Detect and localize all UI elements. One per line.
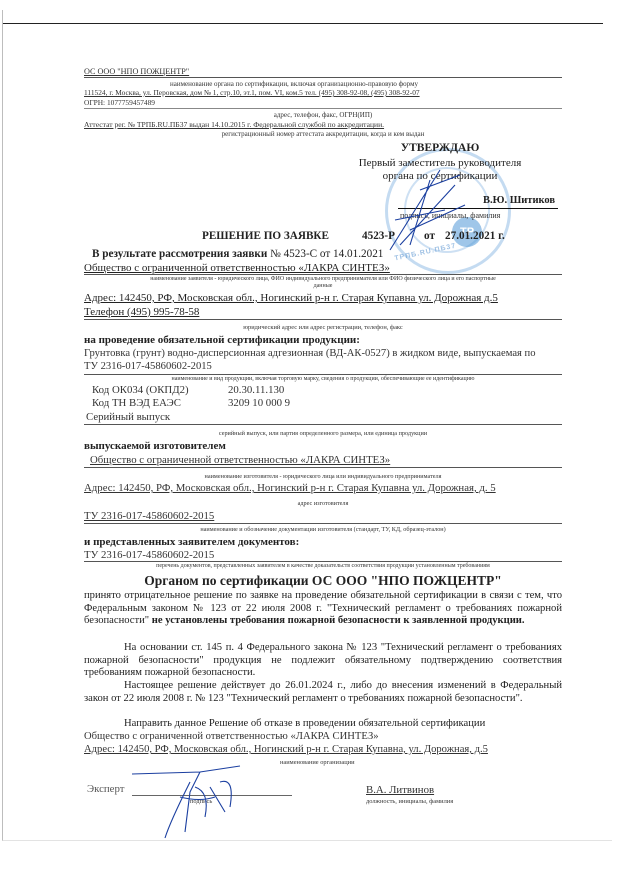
decision-date-prefix: от [424,230,435,242]
signatory-caption: подпись, инициалы, фамилия [400,211,500,220]
decision-title: РЕШЕНИЕ ПО ЗАЯВКЕ [202,230,329,242]
approval-position-2: органа по сертификации [330,170,550,182]
applicant-name: Общество с ограниченной ответственностью… [84,262,390,274]
product-description-1: Грунтовка (грунт) водно-дисперсионная ад… [84,348,536,359]
address-caption: адрес, телефон, факс, ОГРН(ИП) [84,111,562,119]
expert-name-caption: должность, инициалы, фамилия [366,798,453,805]
applicant-docs-heading: и представленных заявителем документов: [84,536,299,548]
applicant-address-caption: юридический адрес или адрес регистрации,… [84,324,562,331]
manufacturer-caption: наименование изготовителя - юридического… [84,473,562,480]
manufacturer-docs: ТУ 2316-017-45860602-2015 [84,510,214,522]
cert-body-ogrn: ОГРН: 1077759457489 [84,98,155,107]
approval-signatory: В.Ю. Шитиков [483,195,555,206]
application-intro-text: В результате рассмотрения заявки [92,248,267,260]
divider [84,319,562,320]
applicant-phone: Телефон (495) 995-78-58 [84,306,199,318]
code-tnved-value: 3209 10 000 9 [228,397,290,409]
decision-paragraph-4: Направить данное Решение об отказе в про… [84,718,562,731]
attestat-caption: регистрационный номер аттестата аккредит… [84,130,562,138]
product-caption: наименование и вид продукции, включая то… [84,376,562,382]
recipient-address: Адрес: 142450, РФ, Московская обл., Ноги… [84,744,488,755]
applicant-docs: ТУ 2316-017-45860602-2015 [84,549,214,561]
expert-name: В.А. Литвинов [366,784,434,796]
decision-paragraph-2: На основании ст. 145 п. 4 Федерального з… [84,642,562,680]
expert-label: Эксперт [87,783,124,795]
approval-position-1: Первый заместитель руководителя [330,157,550,169]
code-okpd2-label: Код ОК034 (ОКПД2) [92,384,189,396]
cert-body-address: 111524, г. Москва, ул. Перовская, дом № … [84,88,420,97]
approval-title: УТВЕРЖДАЮ [340,142,540,154]
application-number: № 4523-С от 14.01.2021 [270,248,383,260]
applicant-caption-2: данные [84,283,562,289]
attestat-info: Аттестат рег. № ТРПБ.RU.ПБ37 выдан 14.10… [84,120,384,129]
decision-paragraph-1-bold: не установлены требования пожарной безоп… [149,615,524,626]
applicant-address: Адрес: 142450, РФ, Московская обл., Ноги… [84,292,498,304]
divider [84,374,562,375]
signature-line [398,208,558,209]
divider [84,77,562,78]
decision-date: 27.01.2021 г. [445,230,505,242]
product-heading: на проведение обязательной сертификации … [84,334,360,346]
divider [84,523,562,524]
expert-signature-caption: подпись [190,798,212,805]
application-intro: В результате рассмотрения заявки № 4523-… [92,248,383,260]
decision-paragraph-3: Настоящее решение действует до 26.01.202… [84,680,562,705]
divider [84,108,562,109]
product-description-2: ТУ 2316-017-45860602-2015 [84,361,212,372]
org-heading: Органом по сертификации ОС ООО "НПО ПОЖЦ… [84,573,562,589]
recipient-caption: наименование организации [280,759,355,766]
recipient-name: Общество с ограниченной ответственностью… [84,731,379,742]
decision-paragraph-1: принято отрицательное решение по заявке … [84,590,562,628]
divider [84,561,562,562]
release-type: Серийный выпуск [86,411,170,423]
manufacturer-address: Адрес: 142450, РФ, Московская обл., Ноги… [84,482,496,494]
divider [84,274,562,275]
manufacturer-address-caption: адрес изготовителя [84,500,562,507]
scan-top-edge [3,23,603,24]
divider [84,424,562,425]
code-okpd2-value: 20.30.11.130 [228,384,284,396]
divider [84,467,562,468]
cert-body-caption: наименование органа по сертификации, вкл… [170,80,418,88]
expert-signature-line [132,795,292,796]
decision-number: 4523-Р [362,230,395,242]
applicant-docs-caption: перечень документов, представленных заяв… [84,563,562,569]
release-caption: серийный выпуск, или партия определенног… [84,430,562,437]
manufacturer-heading: выпускаемой изготовителем [84,440,226,452]
code-tnved-label: Код ТН ВЭД ЕАЭС [92,397,181,409]
applicant-caption: наименование заявителя - юридического ли… [84,276,562,282]
manufacturer-docs-caption: наименование и обозначение документации … [84,526,562,533]
manufacturer-name: Общество с ограниченной ответственностью… [90,454,390,466]
cert-body-name: ОС ООО "НПО ПОЖЦЕНТР" [84,67,189,76]
